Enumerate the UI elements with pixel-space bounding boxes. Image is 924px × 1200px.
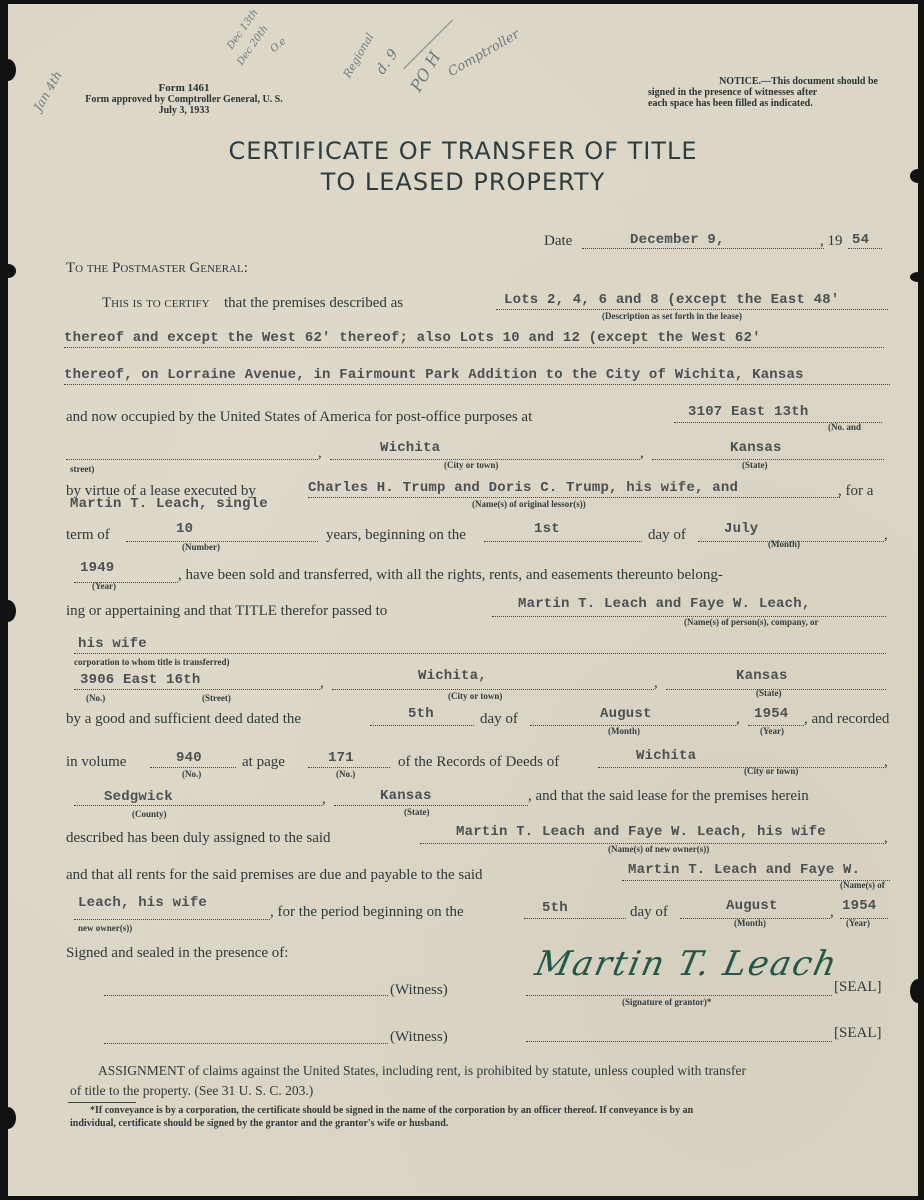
punch-hole	[910, 979, 924, 1003]
assignees: Martin T. Leach and Faye W. Leach, his w…	[456, 824, 826, 840]
witness-1-field[interactable]	[104, 980, 388, 996]
start-month: July	[724, 521, 758, 537]
punch-hole	[0, 600, 16, 622]
handwritten-note: Comptroller	[446, 27, 523, 80]
deed-month: August	[600, 706, 652, 722]
lessors: Charles H. Trump and Doris C. Trump, his…	[308, 480, 738, 496]
description-line3: thereof, on Lorraine Avenue, in Fairmoun…	[64, 367, 804, 383]
punch-hole	[910, 272, 924, 282]
start-day: 1st	[534, 521, 560, 537]
owner-city: Wichita,	[418, 668, 487, 684]
period-year: 1954	[842, 898, 876, 914]
period-day-field[interactable]	[524, 903, 626, 919]
form-header: Form 1461 Form approved by Comptroller G…	[64, 83, 304, 116]
description-line1: Lots 2, 4, 6 and 8 (except the East 48'	[504, 292, 839, 308]
payees-line2: Leach, his wife	[78, 895, 207, 911]
owner-address: 3906 East 16th	[80, 672, 200, 688]
date-year: 54	[852, 232, 869, 248]
new-owner-line1: Martin T. Leach and Faye W. Leach,	[518, 596, 810, 612]
notice: NOTICE.—This document should be signed i…	[648, 76, 878, 109]
deed-year: 1954	[754, 706, 788, 722]
term-years-field[interactable]	[126, 526, 318, 542]
presence-text: Signed and sealed in the presence of:	[66, 944, 288, 962]
volume: 940	[176, 750, 202, 766]
assignment-notice: ASSIGNMENT of claims against the United …	[98, 1063, 746, 1079]
period-month: August	[726, 898, 778, 914]
seal-label: [SEAL]	[834, 978, 882, 996]
start-year: 1949	[80, 560, 114, 576]
certificate-document: Jan 4th Dec 13th Dec 20th O.e Regional d…	[8, 4, 918, 1196]
handwritten-note: Jan 4th	[31, 69, 65, 114]
grantor-2-signature-field[interactable]	[526, 1026, 832, 1042]
start-day-field[interactable]	[484, 526, 642, 542]
seal-label: [SEAL]	[834, 1024, 882, 1042]
form-approval: Form approved by Comptroller General, U.…	[64, 94, 304, 105]
term-years: 10	[176, 521, 193, 537]
po-city-field[interactable]	[330, 444, 640, 460]
records-city: Wichita	[636, 748, 696, 764]
description-line2: thereof and except the West 62' thereof;…	[64, 330, 761, 346]
handwritten-note: d. 9	[373, 46, 401, 77]
new-owner-field-2[interactable]	[74, 638, 886, 654]
page-number: 171	[328, 750, 354, 766]
county-state: Kansas	[380, 788, 432, 804]
county: Sedgwick	[104, 789, 173, 805]
punch-hole	[0, 59, 16, 81]
grantor-signature: Martin T. Leach	[532, 944, 842, 984]
handwritten-note: O.e	[268, 36, 288, 55]
page-title: CERTIFICATE OF TRANSFER OF TITLE TO LEAS…	[8, 136, 918, 198]
deed-day: 5th	[408, 706, 434, 722]
new-owner-line2: his wife	[78, 636, 147, 652]
period-day: 5th	[542, 900, 568, 916]
form-number: Form 1461	[64, 83, 304, 94]
owner-state: Kansas	[736, 668, 788, 684]
po-street: 3107 East 13th	[688, 404, 808, 420]
certify-lead: This is to certify	[102, 294, 210, 312]
handwritten-note: PO H	[407, 48, 445, 95]
handwritten-note: Regional	[341, 31, 377, 80]
footnote: *If conveyance is by a corporation, the …	[90, 1105, 693, 1116]
owner-city-field[interactable]	[332, 674, 654, 690]
punch-hole	[0, 1107, 16, 1129]
date-label: Date	[544, 232, 572, 250]
po-state: Kansas	[730, 440, 782, 456]
footnote-divider	[68, 1102, 136, 1103]
payees-line1: Martin T. Leach and Faye W.	[628, 862, 860, 878]
po-street-field-2[interactable]	[66, 444, 318, 460]
punch-hole	[0, 264, 16, 278]
form-date: July 3, 1933	[64, 105, 304, 116]
po-city: Wichita	[380, 440, 440, 456]
salutation: To the Postmaster General:	[66, 259, 248, 277]
witness-2-field[interactable]	[104, 1028, 388, 1044]
lessors-cont: Martin T. Leach, single	[70, 496, 268, 512]
date-value: December 9,	[630, 232, 725, 248]
